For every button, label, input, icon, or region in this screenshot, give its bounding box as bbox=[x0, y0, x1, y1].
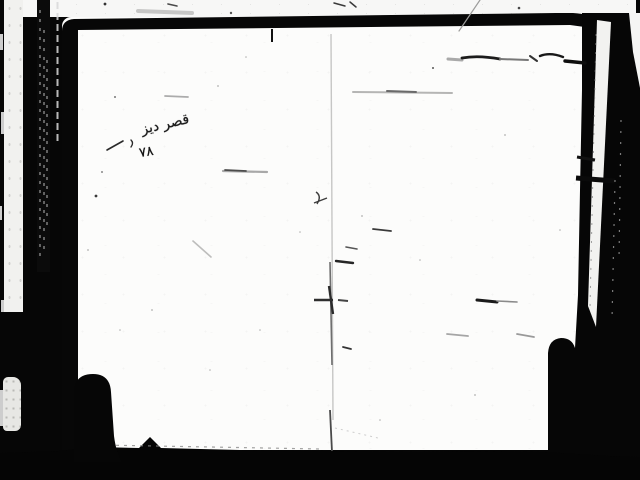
handwritten-folio-number: ٧٨ bbox=[138, 144, 155, 160]
speck bbox=[230, 12, 232, 14]
scanned-book-spread-image: قصر ديز ٧٨ bbox=[0, 0, 640, 480]
left-thumb-silhouette bbox=[74, 374, 122, 462]
page-noise-specks bbox=[87, 56, 561, 421]
gutter-ink-dashes bbox=[336, 229, 391, 349]
gutter-cross-dash-right bbox=[338, 300, 348, 301]
speck bbox=[114, 96, 116, 98]
speck-dash bbox=[168, 4, 177, 6]
smudge-mark bbox=[225, 170, 246, 171]
speck bbox=[432, 67, 434, 69]
right-film-mass bbox=[548, 13, 640, 477]
scratch-mark bbox=[193, 241, 211, 257]
handwriting-comma-stroke bbox=[131, 140, 133, 147]
right-page-smudges bbox=[353, 54, 585, 337]
smudge-mark bbox=[387, 91, 416, 92]
book-gutter bbox=[314, 34, 391, 452]
smudge-mark bbox=[462, 57, 500, 59]
smudge-mark bbox=[530, 56, 537, 61]
gutter-doodle-mark bbox=[314, 192, 327, 204]
right-edge-tick-mark bbox=[576, 178, 615, 181]
book-page-frame bbox=[62, 13, 620, 450]
speck-dash bbox=[334, 2, 356, 7]
gray-fuzz bbox=[138, 11, 192, 13]
speck bbox=[95, 195, 98, 198]
smudge-mark bbox=[517, 334, 534, 337]
left-film-spine-bars bbox=[0, 0, 58, 426]
smudge-mark bbox=[500, 59, 528, 60]
gutter-bottom-tail bbox=[330, 410, 332, 452]
bottom-film-band bbox=[0, 374, 640, 480]
frame-top-left-border bbox=[62, 13, 592, 450]
speck bbox=[101, 171, 103, 173]
smudge-mark bbox=[447, 334, 468, 336]
smudge-mark bbox=[565, 61, 585, 63]
scan-artifacts-overlay bbox=[0, 0, 640, 480]
speck bbox=[518, 7, 521, 10]
smudge-mark bbox=[540, 54, 563, 57]
smudge-mark bbox=[165, 96, 188, 97]
smudge-mark bbox=[477, 300, 497, 302]
left-edge-white-specks bbox=[0, 34, 4, 426]
band-edge-fuzz bbox=[335, 428, 378, 438]
smudge-mark bbox=[448, 59, 462, 60]
speck bbox=[104, 3, 107, 6]
smudge-mark bbox=[497, 301, 517, 302]
